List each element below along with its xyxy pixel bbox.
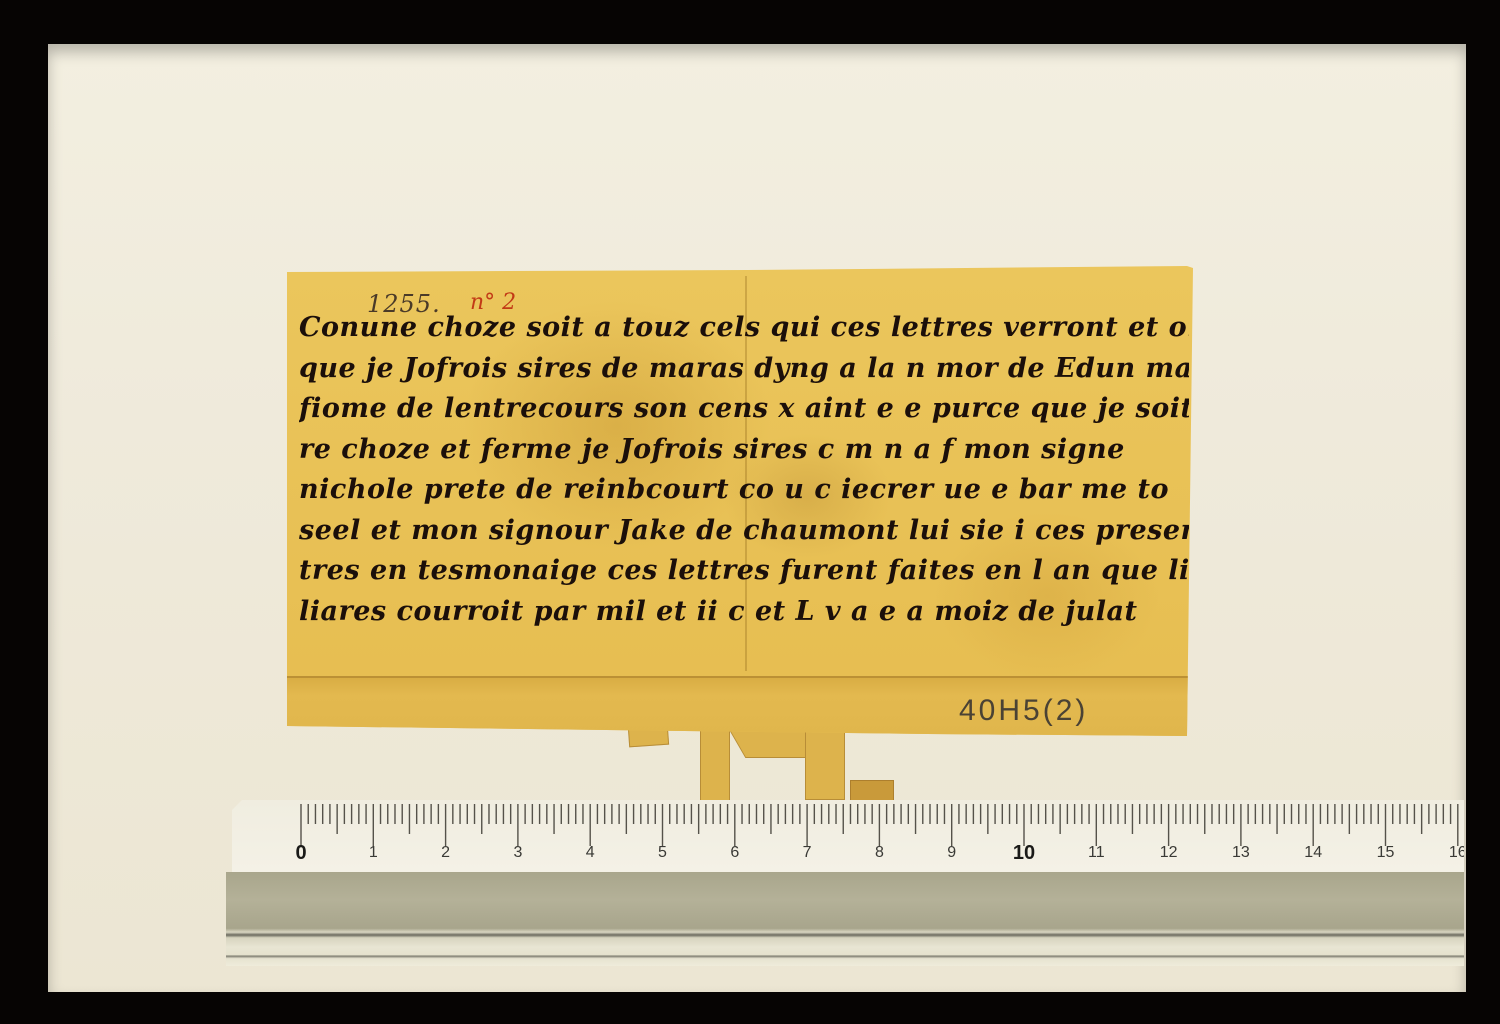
ruler-label: 14 [1304,844,1322,862]
ruler-body [226,872,1464,966]
ruler-label: 6 [730,844,739,862]
ruler-label: 8 [875,844,884,862]
text-line: fiome de lentrecours son cens x aint e e… [299,393,1189,434]
ruler-label: 15 [1377,844,1395,862]
text-line: re choze et ferme je Jofrois sires c m n… [299,434,1189,475]
ruler-label: 11 [1088,844,1105,862]
seal-tag [850,780,894,802]
text-line: Conune choze soit a touz cels qui ces le… [299,312,1189,353]
text-line: liares courroit par mil et ii c et L v a… [299,596,1189,637]
shelfmark-label: 40H5(2) [959,694,1088,728]
ruler-label: 13 [1232,844,1250,862]
ruler-label: 0 [295,842,306,865]
slide-photograph: 1255. n° 2 Conune choze soit a touz cels… [0,0,1500,1024]
text-line: que je Jofrois sires de maras dyng a la … [299,353,1189,394]
ruler-label: 3 [513,844,522,862]
charter-text: Conune choze soit a touz cels qui ces le… [299,312,1189,636]
seal-tag [805,730,845,800]
ruler-label: 9 [947,844,956,862]
ruler-label: 2 [441,844,450,862]
ruler-label: 10 [1013,842,1035,865]
charter-parchment: 1255. n° 2 Conune choze soit a touz cels… [287,266,1193,744]
text-line: seel et mon signour Jake de chaumont lui… [299,515,1189,556]
text-line: nichole prete de reinbcourt co u c iecre… [299,474,1189,515]
ruler-label: 7 [803,844,812,862]
centimeter-ruler: 012345678910111213141516 [232,800,1464,872]
text-line: tres en tesmonaige ces lettres furent fa… [299,555,1189,596]
ruler-label: 4 [586,844,595,862]
ruler-ticks [232,800,1464,850]
ruler-label: 1 [369,844,378,862]
ruler-label: 12 [1160,844,1178,862]
ruler-label: 5 [658,844,667,862]
